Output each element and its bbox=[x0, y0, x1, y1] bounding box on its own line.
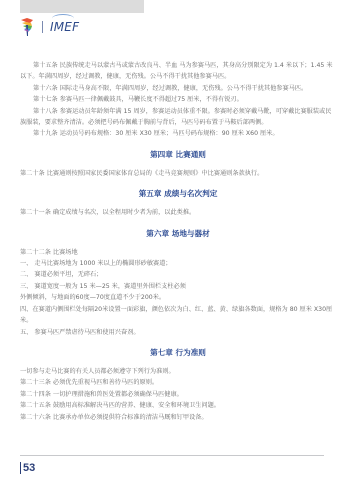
article-17: 第十七条 参赛马匹一律佩戴鼓具，马鞭长度不得超过75 厘米，不得有锐刃。 bbox=[20, 94, 336, 105]
imef-logo: IMEF bbox=[20, 16, 79, 38]
page-number-bar bbox=[20, 462, 21, 474]
article-15: 第十五条 民族传统走马以蒙古马或蒙古改良马、半血 马为参赛马匹，其身高分别限定为… bbox=[20, 60, 336, 83]
chapter-6-heading: 第六章 场地与器材 bbox=[20, 228, 336, 240]
page-number: 53 bbox=[20, 461, 35, 475]
rainbow-emblem-icon bbox=[20, 17, 34, 37]
article-24: 第二十四条 一切护理措施和兽医处置都必须确保马匹健康。 bbox=[20, 389, 336, 400]
venue-item-5: 五、 参赛马匹严禁虐待马匹和使用兴奋剂。 bbox=[20, 327, 336, 338]
article-19: 第十九条 运动员号码布规格：30 厘米 X30 厘米；马匹号码布规格：90 厘米… bbox=[20, 128, 336, 139]
chapter-7-heading: 第七章 行为准则 bbox=[20, 347, 336, 359]
article-22: 第二十二条 比赛场地 bbox=[20, 247, 336, 258]
chapter-4-heading: 第四章 比赛通则 bbox=[20, 149, 336, 161]
venue-item-4: 四、在赛道内侧围栏处每隔20米设置一面彩旗，颜色依次为白、红、蓝、黄、绿旗各数面… bbox=[20, 304, 336, 327]
logo-arc-icon bbox=[52, 14, 74, 23]
venue-item-1: 一、 走马比赛场地为 1000 米以上的椭圆形砂敏赛道； bbox=[20, 258, 336, 269]
document-body: 第十五条 民族传统走马以蒙古马或蒙古改良马、半血 马为参赛马匹，其身高分别限定为… bbox=[20, 60, 336, 423]
footer-divider bbox=[20, 455, 324, 456]
logo-text: IMEF bbox=[50, 20, 79, 34]
top-gray-bar bbox=[20, 0, 144, 13]
article-18: 第十八条 参赛运动员年龄须年满 15 周岁，参赛运动员体重不限。参赛时必须穿戴马… bbox=[20, 106, 336, 129]
venue-item-2: 二、 赛道必须平坦，无碎石； bbox=[20, 269, 336, 280]
page-number-text: 53 bbox=[23, 462, 35, 474]
logo-divider bbox=[42, 21, 43, 33]
article-16: 第十六条 国际走马身高不限，年满四周岁，经过调教，健康，无伤残。公马不得干扰其他… bbox=[20, 83, 336, 94]
venue-item-3: 三、 赛道宽度一般为 15 米—25 米，赛道里外围栏支柱必须 bbox=[20, 281, 336, 292]
conduct-intro: 一切参与走马比赛的有关人员都必须遵守下列行为准则。 bbox=[20, 366, 336, 377]
article-20: 第二十条 比赛通则按照国家民委国家体育总局的《走马竞赛规则》中比赛通则条款执行。 bbox=[20, 168, 336, 179]
article-21: 第二十一条 确定成绩与名次，以全程用时少者为前，以此类推。 bbox=[20, 207, 336, 218]
venue-item-3-cont: 外侧倾斜，与地面的60度—70度直道不少于200米。 bbox=[20, 292, 336, 303]
article-23: 第二十三条 必须优先重视马匹和善待马匹的原则。 bbox=[20, 377, 336, 388]
article-26: 第二十六条 比赛承办单位必须提供符合标准的清洁马厩和钉甲设备。 bbox=[20, 412, 336, 423]
article-25: 第二十五条 鼓励用高标准解决马匹的营养、健康、安全和环境卫生问题。 bbox=[20, 400, 336, 411]
chapter-5-heading: 第五章 成绩与名次判定 bbox=[20, 188, 336, 200]
